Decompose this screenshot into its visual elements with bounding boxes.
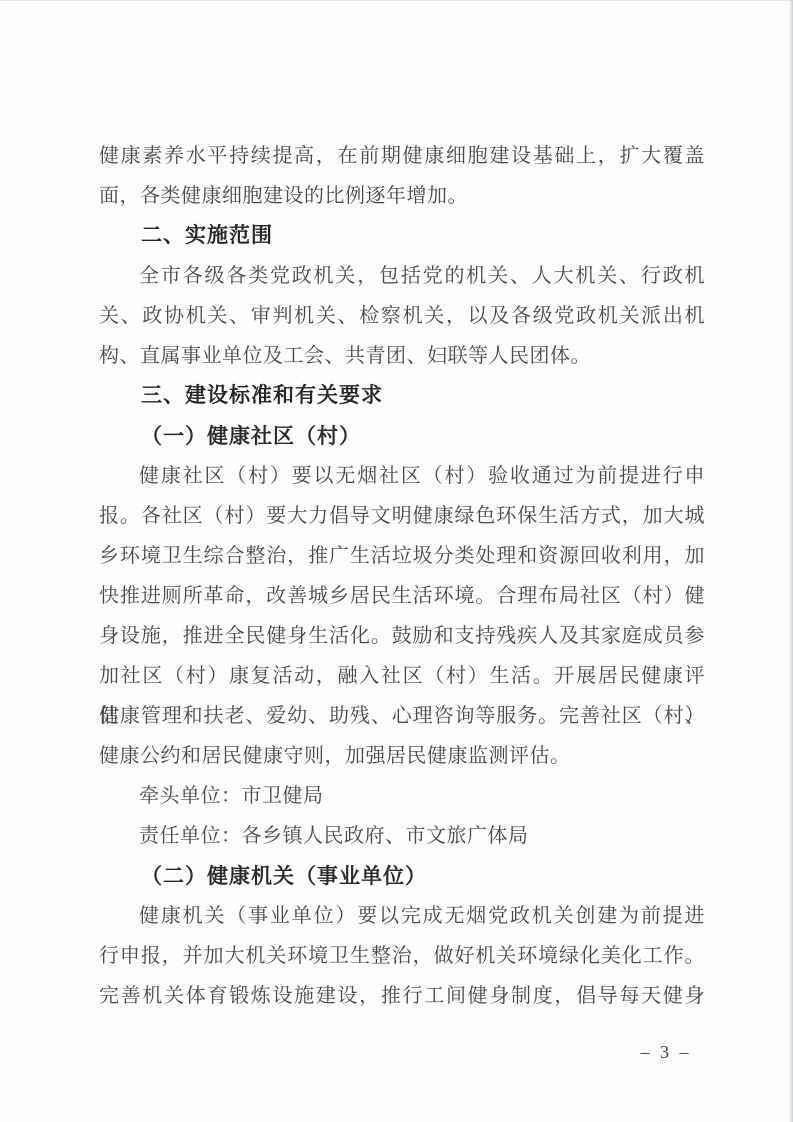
body-line: 乡环境卫生综合整治，推广生活垃圾分类处理和资源回收利用，加 xyxy=(99,536,705,576)
body-line: 健康机关（事业单位）要以完成无烟党政机关创建为前提进 xyxy=(99,896,705,936)
body-line: 报。各社区（村）要大力倡导文明健康绿色环保生活方式，加大城 xyxy=(99,496,705,536)
subheading-healthy-agency: （二）健康机关（事业单位） xyxy=(99,856,705,896)
document-text-block: 健康素养水平持续提高，在前期健康细胞建设基础上，扩大覆盖 面，各类健康细胞建设的… xyxy=(99,136,705,1016)
body-line: 加社区（村）康复活动，融入社区（村）生活。开展居民健康评估、 xyxy=(99,656,705,696)
body-line: 快推进厕所革命，改善城乡居民生活环境。合理布局社区（村）健 xyxy=(99,576,705,616)
body-line: 关、政协机关、审判机关、检察机关，以及各级党政机关派出机 xyxy=(99,296,705,336)
body-line: 行申报，并加大机关环境卫生整治，做好机关环境绿化美化工作。 xyxy=(99,936,705,976)
subheading-healthy-community: （一）健康社区（村） xyxy=(99,416,705,456)
heading-section-two: 二、实施范围 xyxy=(99,216,705,256)
scan-right-edge xyxy=(789,0,793,1122)
scan-top-edge xyxy=(0,0,793,1)
lead-unit-line: 牵头单位：市卫健局 xyxy=(99,776,705,816)
body-line: 全市各级各类党政机关，包括党的机关、人大机关、行政机 xyxy=(99,256,705,296)
body-line: 身设施，推进全民健身生活化。鼓励和支持残疾人及其家庭成员参 xyxy=(99,616,705,656)
scanned-document-page: 健康素养水平持续提高，在前期健康细胞建设基础上，扩大覆盖 面，各类健康细胞建设的… xyxy=(0,0,793,1122)
body-line: 健康管理和扶老、爱幼、助残、心理咨询等服务。完善社区（村） xyxy=(99,696,705,736)
body-line: 健康素养水平持续提高，在前期健康细胞建设基础上，扩大覆盖 xyxy=(99,136,705,176)
body-line: 完善机关体育锻炼设施建设，推行工间健身制度，倡导每天健身 xyxy=(99,976,705,1016)
body-line: 构、直属事业单位及工会、共青团、妇联等人民团体。 xyxy=(99,336,705,376)
body-line: 健康公约和居民健康守则，加强居民健康监测评估。 xyxy=(99,736,705,776)
responsible-unit-line: 责任单位：各乡镇人民政府、市文旅广体局 xyxy=(99,816,705,856)
body-line: 健康社区（村）要以无烟社区（村）验收通过为前提进行申 xyxy=(99,456,705,496)
heading-section-three: 三、建设标准和有关要求 xyxy=(99,376,705,416)
body-line: 面，各类健康细胞建设的比例逐年增加。 xyxy=(99,176,705,216)
page-number: – 3 – xyxy=(628,1038,704,1066)
